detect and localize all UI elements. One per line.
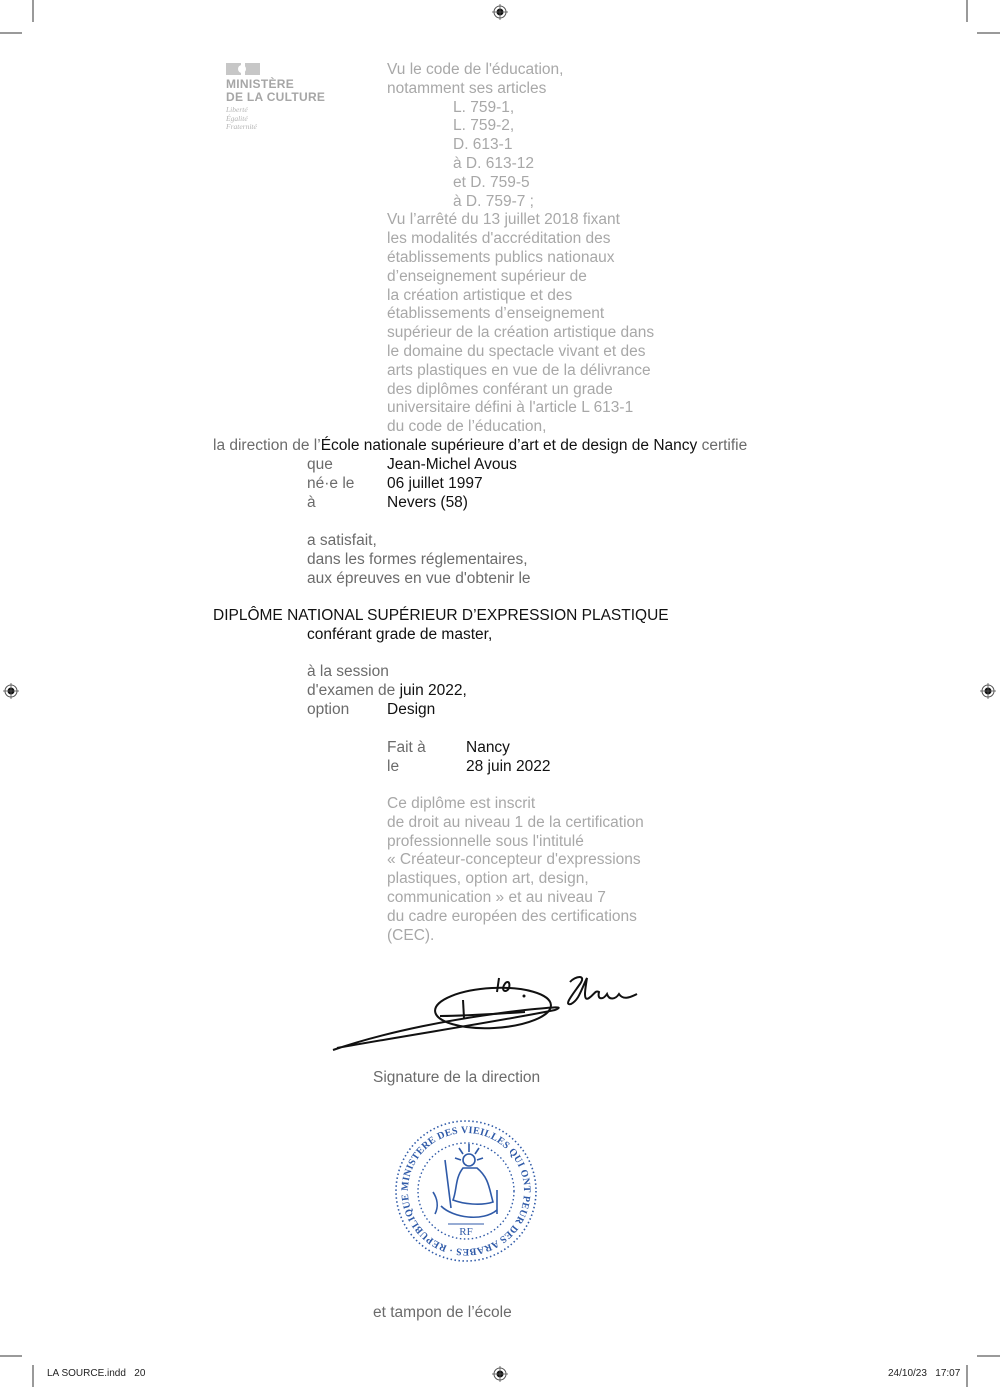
article-list: L. 759-1, L. 759-2, D. 613-1 à D. 613-12…	[387, 99, 654, 212]
diploma-grade: conférant grade de master,	[307, 626, 492, 645]
birth-place: Nevers (58)	[387, 494, 468, 513]
crop-mark-top-left-h	[0, 32, 22, 34]
director-signature	[325, 970, 645, 1060]
issued-details: Fait àNancy le28 juin 2022	[387, 739, 550, 777]
arrete-text: Vu l’arrêté du 13 juillet 2018 fixant le…	[387, 211, 654, 437]
exam-session: juin 2022,	[400, 682, 467, 699]
school-name: École nationale supérieure d’art et de d…	[321, 437, 698, 454]
print-footer-file: LA SOURCE.indd 20	[47, 1368, 145, 1379]
print-footer-datetime: 24/10/23 17:07	[888, 1368, 960, 1379]
issued-date: 28 juin 2022	[466, 758, 550, 777]
issued-place: Nancy	[466, 739, 510, 758]
republic-motto: Liberté Égalité Fraternité	[226, 106, 325, 132]
certification-note: Ce diplôme est inscrit de droit au nivea…	[387, 795, 644, 945]
crop-mark-top-right-v	[966, 0, 968, 22]
ministry-logo: MINISTÈRE DE LA CULTURE Liberté Égalité …	[226, 63, 325, 132]
crop-mark-bottom-right-h	[977, 1355, 1000, 1357]
crop-mark-top-left-v	[32, 0, 34, 22]
session-details: à la session d'examen de juin 2022, opti…	[307, 663, 467, 719]
registration-target-icon	[492, 1366, 508, 1382]
crop-mark-bottom-left-h	[0, 1355, 22, 1357]
signature-label: Signature de la direction	[373, 1069, 540, 1088]
registration-target-icon	[492, 4, 508, 20]
stamp-label: et tampon de l’école	[373, 1304, 512, 1323]
ministry-name: MINISTÈRE DE LA CULTURE	[226, 78, 325, 103]
diploma-title: DIPLÔME NATIONAL SUPÉRIEUR D’EXPRESSION …	[213, 607, 669, 626]
crop-mark-bottom-left-v	[32, 1365, 34, 1387]
preamble: Vu le code de l'éducation, notamment ses…	[387, 61, 654, 437]
holder-name: Jean-Michel Avous	[387, 456, 517, 475]
school-stamp: MINISTERE DES VIEILLES QUI ONT PEUR DES …	[393, 1118, 539, 1264]
registration-target-icon	[3, 683, 19, 699]
crop-mark-bottom-right-v	[966, 1365, 968, 1387]
stamp-center-text: RF	[459, 1226, 472, 1238]
marianne-flag-icon	[226, 63, 260, 75]
option-value: Design	[387, 701, 435, 720]
certification-statement: la direction de l’École nationale supéri…	[213, 437, 747, 456]
achievement-text: a satisfait, dans les formes réglementai…	[307, 532, 531, 588]
holder-details: queJean-Michel Avous né·e le06 juillet 1…	[307, 456, 517, 512]
marianne-seal-figure-icon	[433, 1144, 497, 1217]
crop-mark-top-right-h	[977, 32, 1000, 34]
birth-date: 06 juillet 1997	[387, 475, 483, 494]
registration-target-icon	[980, 683, 996, 699]
